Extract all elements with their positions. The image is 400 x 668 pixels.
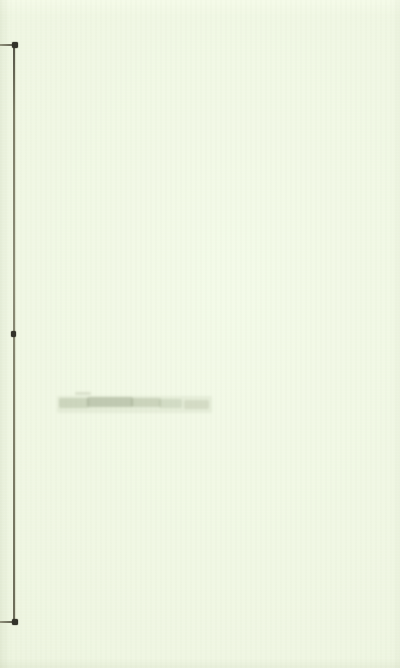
margin-rule-middle-dot	[11, 331, 16, 337]
faded-stamp-smudge	[57, 393, 212, 415]
margin-rule-bottom-corner-dot	[12, 619, 18, 625]
smudge-blob	[131, 398, 161, 407]
smudge-blob	[184, 400, 209, 409]
margin-rule-top-corner-dot	[12, 42, 18, 48]
smudge-blob	[75, 392, 91, 395]
smudge-blob	[159, 399, 182, 408]
smudge-blob	[87, 397, 133, 407]
paper-grain-texture	[0, 0, 400, 668]
scan-edge-shading	[0, 0, 400, 668]
scanned-page	[0, 0, 400, 668]
smudge-blob	[59, 398, 89, 408]
